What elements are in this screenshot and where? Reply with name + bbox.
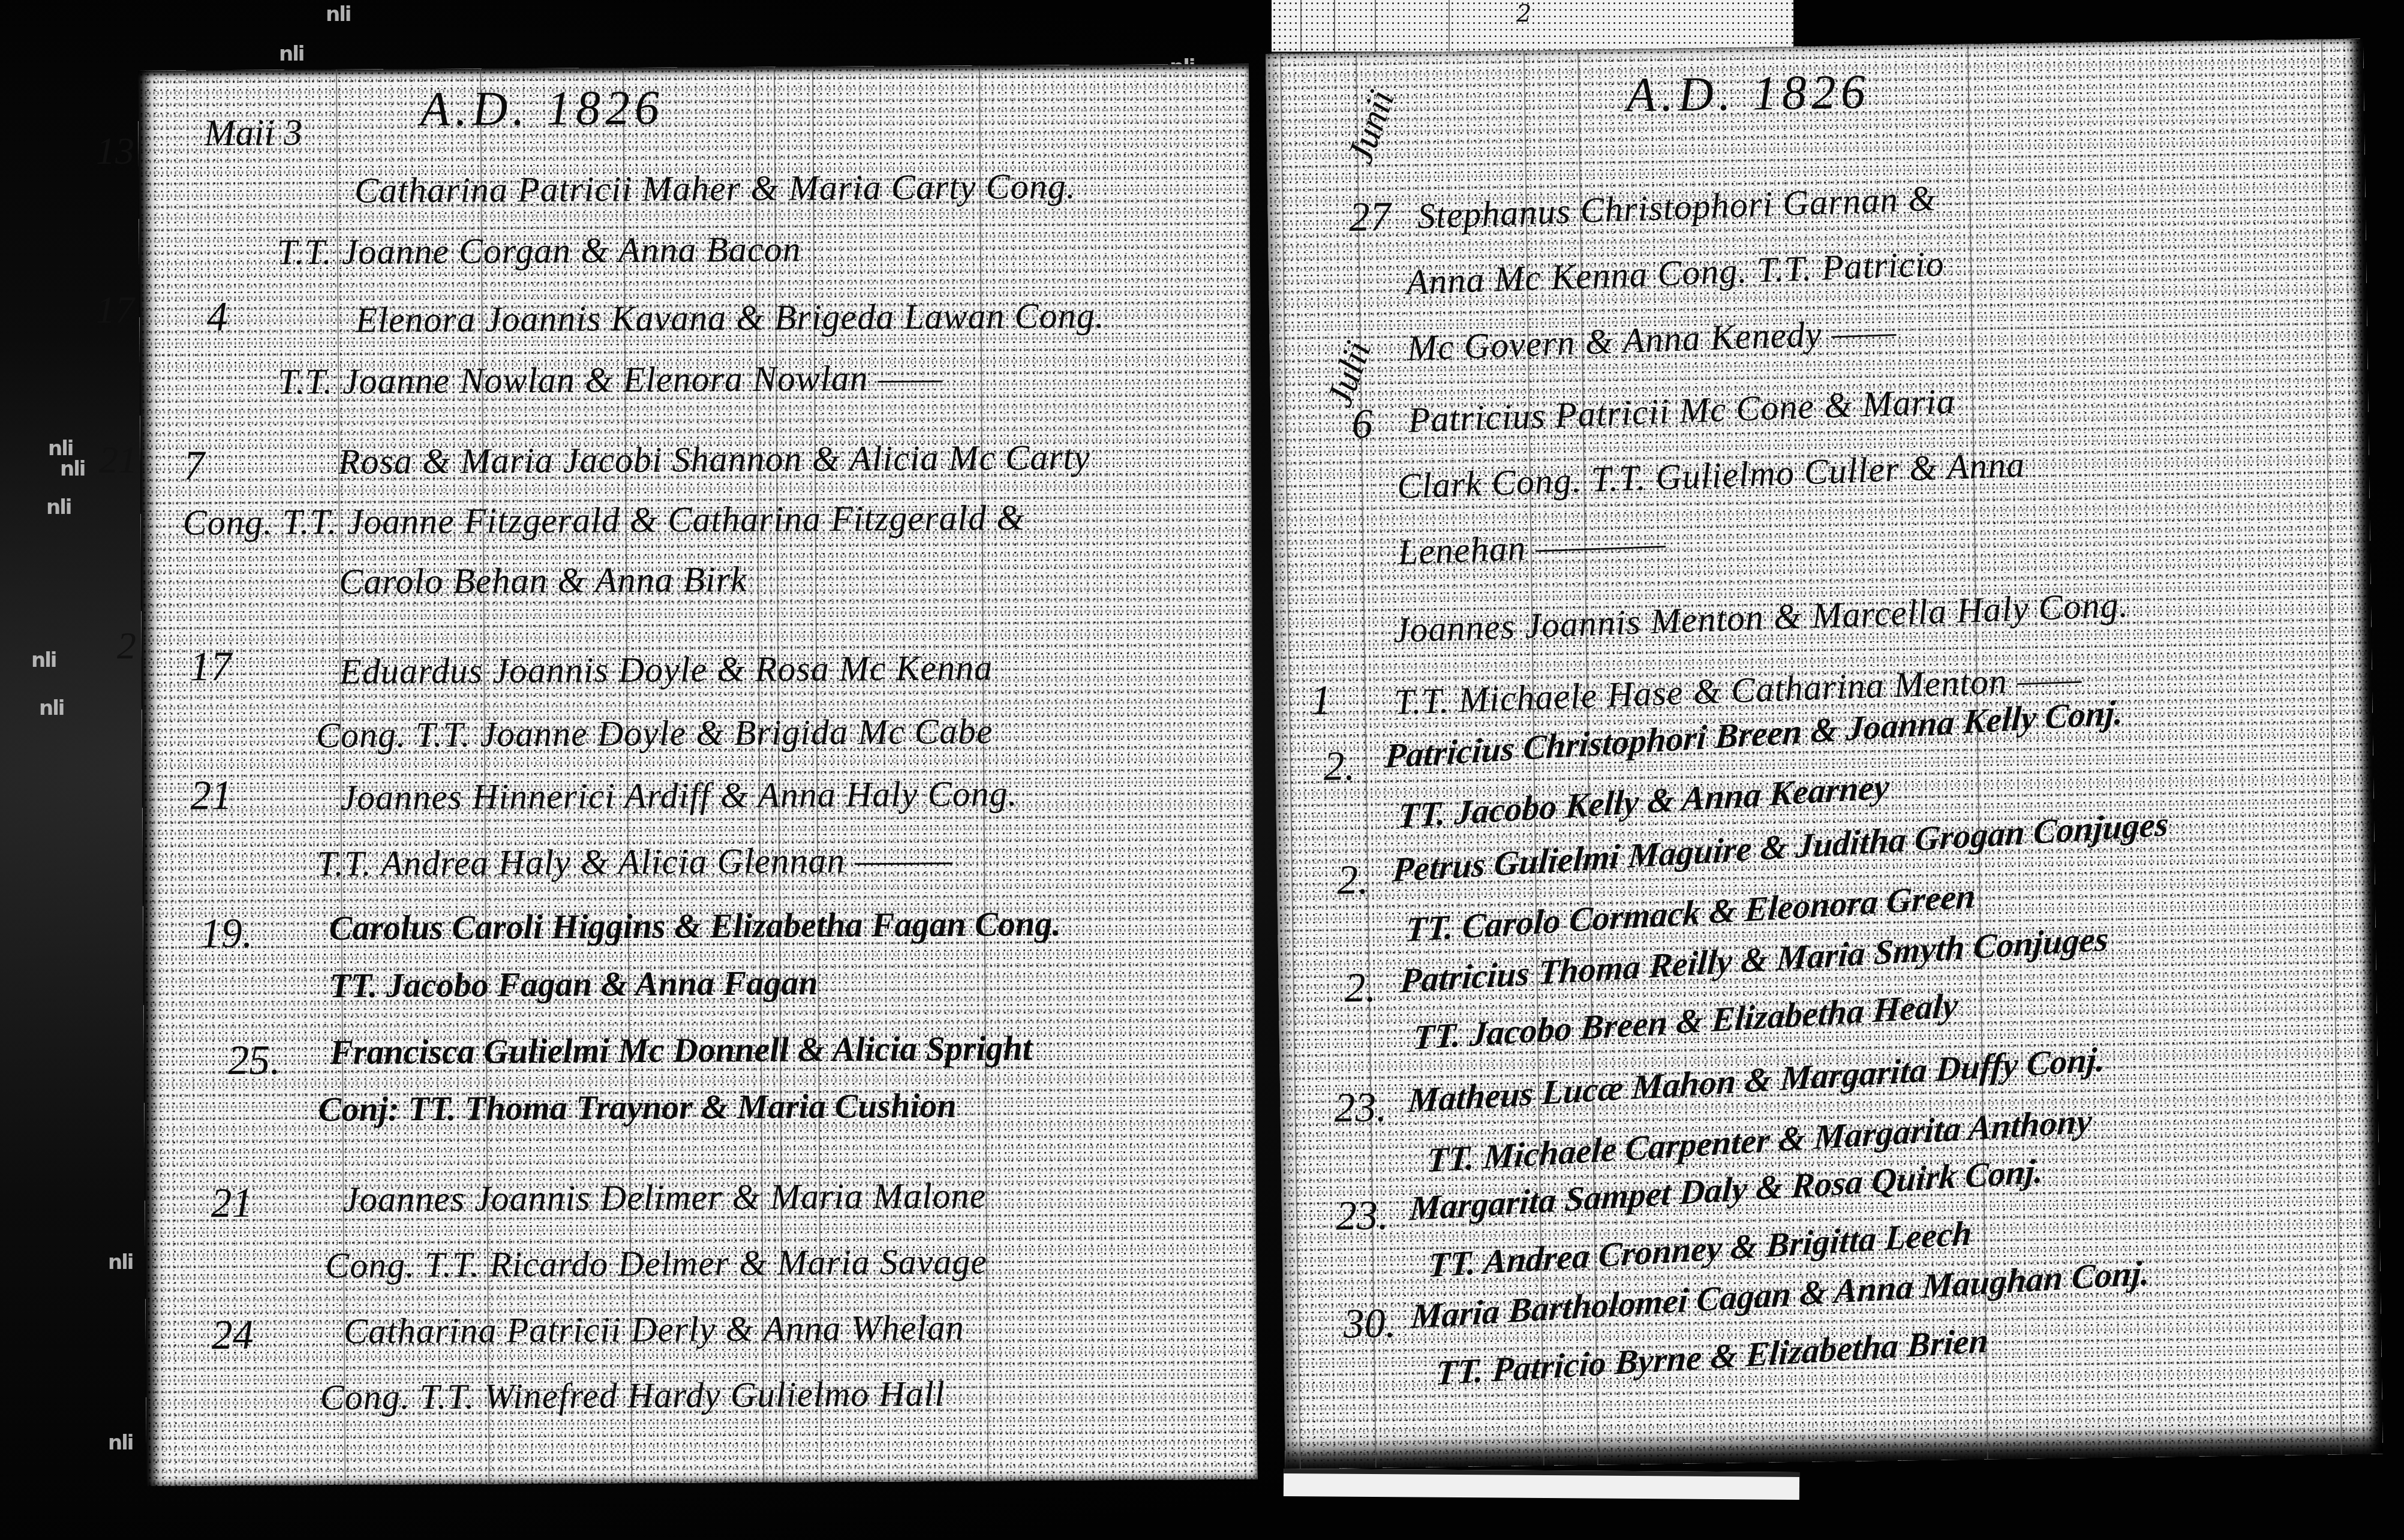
margin-mark: 17 (96, 288, 134, 332)
entry-day: 21 (190, 772, 232, 820)
entry-line: Rosa & Maria Jacobi Shannon & Alicia Mc … (338, 437, 1090, 483)
entry-line: TT. Jacobo Fagan & Anna Fagan (329, 962, 818, 1006)
left-register-page: A.D. 1826 Maii 3 Catharina Patricii Mahe… (138, 64, 1257, 1486)
entry-day: 6 (1351, 401, 1373, 449)
margin-mark: 13 (96, 129, 134, 173)
nli-watermark: nli (279, 42, 304, 66)
entry-line: T.T. Andrea Haly & Alicia Glennan ——— (317, 840, 953, 885)
entry-line: Catharina Patricii Derly & Anna Whelan (344, 1307, 965, 1352)
entry-line: Lenehan ———— (1398, 522, 1667, 573)
entry-line: Carolo Behan & Anna Birk (339, 559, 747, 603)
entry-line: Joannes Joannis Menton & Marcella Haly C… (1393, 584, 2129, 651)
nli-watermark: nli (46, 495, 71, 519)
entry-line: Joannes Hinnerici Ardiff & Anna Haly Con… (340, 773, 1018, 819)
entry-line: Cong. T.T. Ricardo Delmer & Maria Savage (325, 1241, 987, 1286)
entry-line: Patricius Patricii Mc Cone & Maria (1408, 381, 1956, 441)
entry-line: Anna Mc Kenna Cong. T.T. Patricio (1405, 243, 1945, 303)
entry-day: 2. (1323, 742, 1356, 791)
entry-line: TT. Jacobo Breen & Elizabetha Healy (1411, 985, 1960, 1057)
entry-day: 2. (1337, 856, 1369, 905)
month-label: Maii 3 (204, 112, 302, 155)
right-register-page: A.D. 1826 Junii Julii 27 Stephanus Chris… (1266, 38, 2383, 1469)
entry-line: Elenora Joannis Kavana & Brigeda Lawan C… (355, 295, 1104, 341)
entry-day: 30. (1343, 1300, 1396, 1348)
entry-line: T.T. Joanne Nowlan & Elenora Nowlan —— (278, 357, 943, 403)
entry-day: 21 (211, 1180, 253, 1228)
entry-line: Catharina Patricii Maher & Maria Carty C… (354, 166, 1076, 211)
entry-day: 24 (212, 1312, 254, 1359)
entry-day: 7 (184, 442, 205, 490)
leaf-number: 2 (1516, 0, 1531, 28)
entry-day: 27 (1348, 193, 1391, 242)
entry-day: 23. (1334, 1084, 1387, 1132)
entry-line: Clark Cong. T.T. Gulielmo Culler & Anna (1396, 444, 2026, 507)
entry-line: Conj: TT. Thoma Traynor & Maria Cushion (318, 1085, 957, 1129)
page-heading-year: A.D. 1826 (420, 80, 664, 137)
entry-day: 17 (190, 643, 232, 691)
margin-mark: 2 (117, 624, 136, 668)
entry-day: 23. (1336, 1192, 1389, 1240)
nli-watermark: nli (60, 457, 85, 481)
entry-line: Mc Govern & Anna Kenedy —— (1407, 311, 1897, 369)
entry-line: Francisca Gulielmi Mc Donnell & Alicia S… (330, 1028, 1032, 1072)
month-label-june: Junii (1339, 85, 1404, 169)
entry-line: Joannes Joannis Delimer & Maria Malone (342, 1175, 986, 1220)
margin-mark: 21 (99, 438, 137, 482)
entry-line: TT. Patricio Byrne & Elizabetha Brien (1434, 1320, 1990, 1393)
nli-watermark: nli (326, 2, 351, 26)
nli-watermark: nli (108, 1431, 133, 1455)
entry-day: 19. (200, 910, 253, 958)
page-heading-year: A.D. 1826 (1625, 64, 1870, 124)
entry-day: 2. (1344, 964, 1377, 1013)
entry-line: Cong. T.T. Joanne Fitzgerald & Catharina… (182, 497, 1025, 544)
entry-day: 1 (1311, 677, 1332, 725)
bottom-paper-slip (1284, 1469, 1799, 1500)
entry-line: Carolus Caroli Higgins & Elizabetha Faga… (329, 904, 1061, 948)
entry-line: Cong. T.T. Winefred Hardy Gulielmo Hall (320, 1373, 945, 1418)
entry-line: Cong. T.T. Joanne Doyle & Brigida Mc Cab… (316, 711, 993, 756)
entry-day: 25. (228, 1037, 281, 1085)
entry-day: 4 (206, 293, 227, 341)
nli-watermark: nli (31, 648, 56, 672)
entry-line: Eduardus Joannis Doyle & Rosa Mc Kenna (339, 647, 993, 693)
entry-line: T.T. Joanne Corgan & Anna Bacon (277, 228, 801, 273)
nli-watermark: nli (39, 696, 64, 720)
entry-line: Stephanus Christophori Garnan & (1417, 178, 1937, 237)
nli-watermark: nli (108, 1250, 133, 1274)
